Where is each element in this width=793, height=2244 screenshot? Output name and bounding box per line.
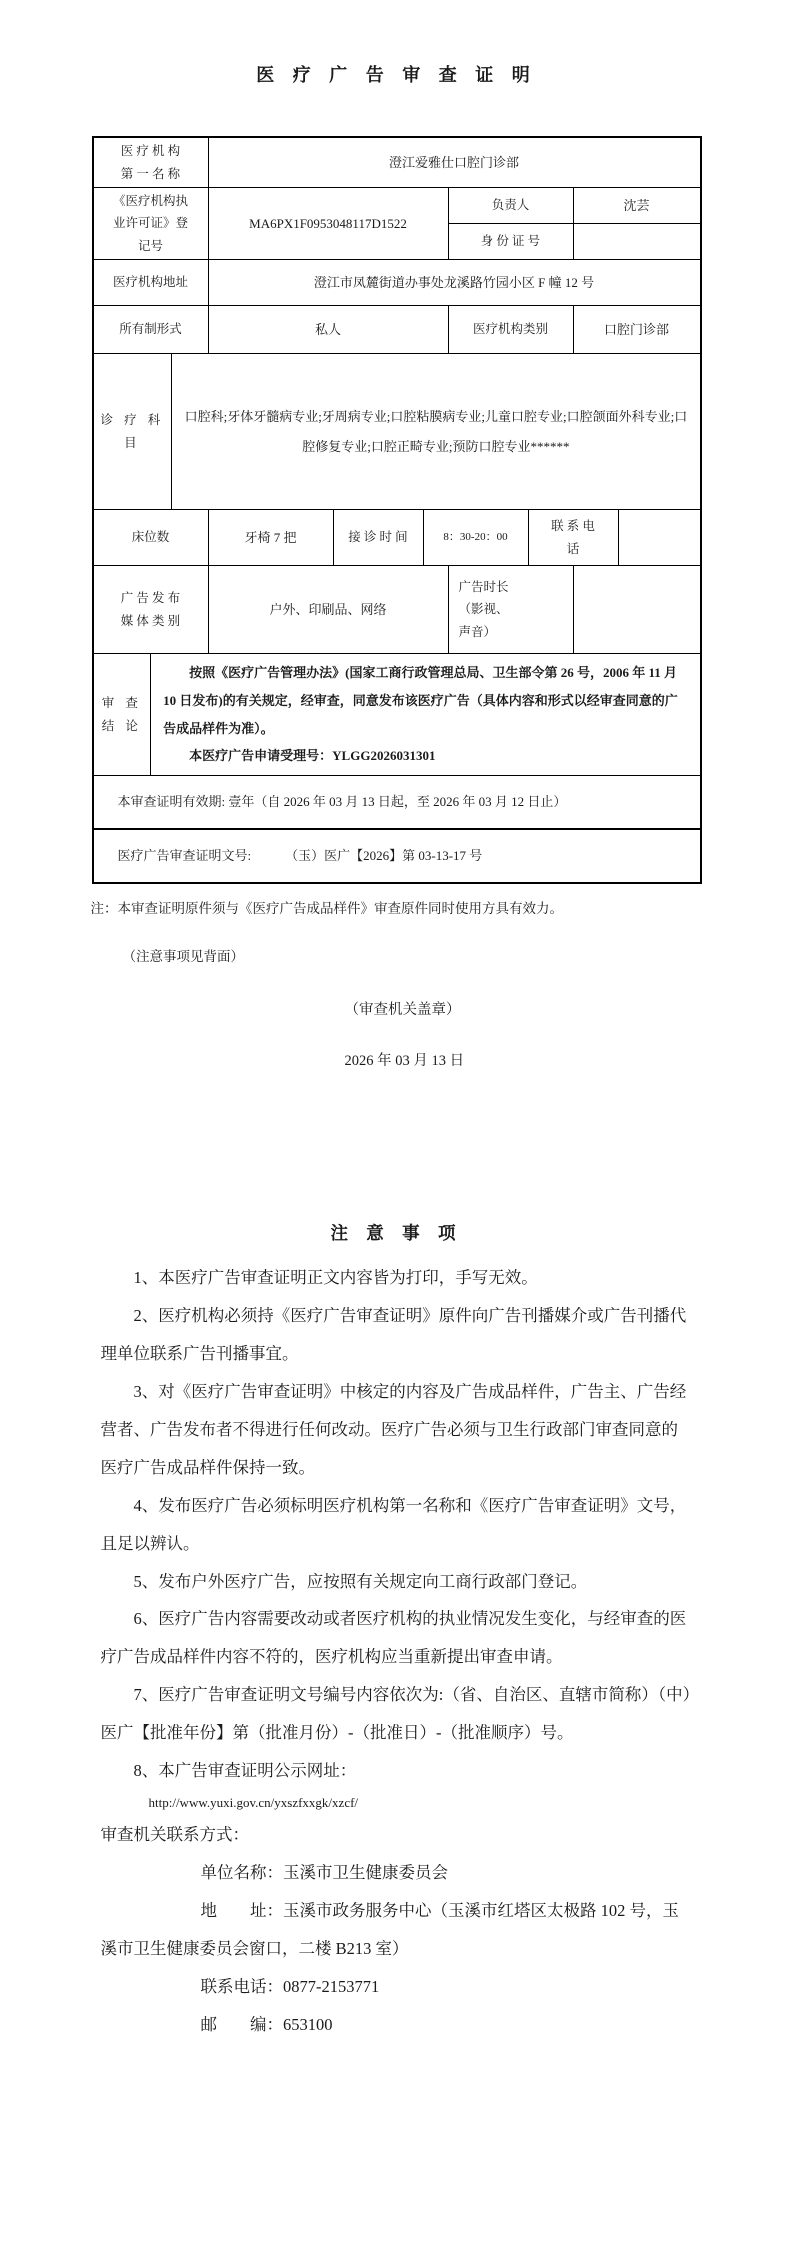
conclusion-text: 按照《医疗广告管理办法》(国家工商行政管理总局、卫生部令第 26 号，2006 … [163, 659, 687, 743]
row-media: 广 告 发 布 媒 体 类 别 户外、印刷品、网络 广告时长 （影视、 声音） [94, 566, 700, 654]
duration-label: 广告时长 （影视、 声音） [449, 566, 574, 653]
principal-value: 沈芸 [574, 188, 700, 223]
duration-value [574, 566, 700, 653]
category-value: 口腔门诊部 [574, 306, 700, 353]
row-license: 《医疗机构执 业许可证》登 记号 MA6PX1F0953048117D1522 … [94, 188, 700, 260]
subjects-label: 诊 疗 科 目 [94, 354, 173, 509]
address-value: 澄江市凤麓街道办事处龙溪路竹园小区 F 幢 12 号 [209, 260, 700, 305]
org-name-label: 医 疗 机 构 第 一 名 称 [94, 138, 209, 187]
notice-item-6: 6、医疗广告内容需要改动或者医疗机构的执业情况发生变化，与经审查的医疗广告成品样… [101, 1600, 693, 1676]
front-notes: 注：本审查证明原件须与《医疗广告成品样件》审查原件同时使用方具有效力。 （注意事… [77, 897, 717, 1070]
contact-heading: 审查机关联系方式： [101, 1816, 693, 1854]
doc-number-label: 医疗广告审查证明文号: [118, 844, 252, 867]
notice-item-1: 1、本医疗广告审查证明正文内容皆为打印，手写无效。 [101, 1259, 693, 1297]
row-org-name: 医 疗 机 构 第 一 名 称 澄江爱雅仕口腔门诊部 [94, 138, 700, 188]
media-label: 广 告 发 布 媒 体 类 别 [94, 566, 209, 653]
contact-unit: 单位名称：玉溪市卫生健康委员会 [101, 1854, 693, 1892]
row-id-number: 身 份 证 号 [449, 224, 700, 260]
contact-zip: 邮 编：653100 [101, 2006, 693, 2044]
id-number-label: 身 份 证 号 [449, 224, 574, 260]
contact-phone: 联系电话：0877-2153771 [101, 1968, 693, 2006]
validity-value: 本审查证明有效期: 壹年（自 2026 年 03 月 13 日起，至 2026 … [94, 776, 700, 828]
row-address: 医疗机构地址 澄江市凤麓街道办事处龙溪路竹园小区 F 幢 12 号 [94, 260, 700, 306]
original-use-note: 注：本审查证明原件须与《医疗广告成品样件》审查原件同时使用方具有效力。 [77, 897, 717, 917]
id-number-value [574, 224, 700, 260]
notice-body: 1、本医疗广告审查证明正文内容皆为打印，手写无效。 2、医疗机构必须持《医疗广告… [101, 1259, 693, 2044]
ownership-label: 所有制形式 [94, 306, 209, 353]
doc-number-cell: 医疗广告审查证明文号: （玉）医广【2026】第 03-13-17 号 [94, 830, 700, 882]
row-principal: 负责人 沈芸 [449, 188, 700, 224]
notice-title: 注 意 事 项 [0, 1220, 793, 1245]
conclusion-value: 按照《医疗广告管理办法》(国家工商行政管理总局、卫生部令第 26 号，2006 … [151, 654, 699, 775]
notice-item-4: 4、发布医疗广告必须标明医疗机构第一名称和《医疗广告审查证明》文号，且足以辨认。 [101, 1487, 693, 1563]
row-subjects: 诊 疗 科 目 口腔科;牙体牙髓病专业;牙周病专业;口腔粘膜病专业;儿童口腔专业… [94, 354, 700, 510]
certificate-page: 医 疗 广 告 审 查 证 明 医 疗 机 构 第 一 名 称 澄江爱雅仕口腔门… [0, 0, 793, 2244]
hours-label: 接 诊 时 间 [334, 510, 424, 565]
stamp-hint: （审查机关盖章） [77, 998, 717, 1019]
certificate-table: 医 疗 机 构 第 一 名 称 澄江爱雅仕口腔门诊部 《医疗机构执 业许可证》登… [92, 136, 702, 884]
row-validity: 本审查证明有效期: 壹年（自 2026 年 03 月 13 日起，至 2026 … [94, 776, 700, 830]
row-ownership: 所有制形式 私人 医疗机构类别 口腔门诊部 [94, 306, 700, 354]
principal-label: 负责人 [449, 188, 574, 223]
category-label: 医疗机构类别 [449, 306, 574, 353]
notice-item-5: 5、发布户外医疗广告，应按照有关规定向工商行政部门登记。 [101, 1563, 693, 1601]
publicity-url: http://www.yuxi.gov.cn/yxszfxxgk/xzcf/ [101, 1790, 693, 1816]
issue-date: 2026 年 03 月 13 日 [77, 1049, 717, 1070]
page-title: 医 疗 广 告 审 查 证 明 [0, 0, 793, 88]
notice-item-2: 2、医疗机构必须持《医疗广告审查证明》原件向广告刊播媒介或广告刊播代理单位联系广… [101, 1297, 693, 1373]
conclusion-label: 审 查 结 论 [94, 654, 152, 775]
media-value: 户外、印刷品、网络 [209, 566, 449, 653]
doc-number-value: （玉）医广【2026】第 03-13-17 号 [285, 844, 482, 867]
hours-value: 8：30-20：00 [424, 510, 529, 565]
contact-address: 地 址：玉溪市政务服务中心（玉溪市红塔区太极路 102 号，玉溪市卫生健康委员会… [101, 1892, 693, 1968]
beds-value: 牙椅 7 把 [209, 510, 334, 565]
notice-item-7: 7、医疗广告审查证明文号编号内容依次为:（省、自治区、直辖市简称）（中）医广【批… [101, 1676, 693, 1752]
notice-item-3: 3、对《医疗广告审查证明》中核定的内容及广告成品样件，广告主、广告经营者、广告发… [101, 1373, 693, 1487]
row-conclusion: 审 查 结 论 按照《医疗广告管理办法》(国家工商行政管理总局、卫生部令第 26… [94, 654, 700, 776]
row-doc-number: 医疗广告审查证明文号: （玉）医广【2026】第 03-13-17 号 [94, 830, 700, 882]
principal-id-group: 负责人 沈芸 身 份 证 号 [449, 188, 700, 259]
application-number: 本医疗广告申请受理号：YLGG2026031301 [163, 742, 687, 770]
row-beds: 床位数 牙椅 7 把 接 诊 时 间 8：30-20：00 联 系 电 话 [94, 510, 700, 566]
beds-label: 床位数 [94, 510, 209, 565]
notice-item-8: 8、本广告审查证明公示网址： [101, 1752, 693, 1790]
phone-label: 联 系 电 话 [529, 510, 619, 565]
ownership-value: 私人 [209, 306, 449, 353]
see-back-note: （注意事项见背面） [77, 945, 717, 965]
org-name-value: 澄江爱雅仕口腔门诊部 [209, 138, 700, 187]
license-no-value: MA6PX1F0953048117D1522 [209, 188, 449, 259]
phone-value [619, 510, 700, 565]
address-label: 医疗机构地址 [94, 260, 209, 305]
license-label: 《医疗机构执 业许可证》登 记号 [94, 188, 209, 259]
subjects-value: 口腔科;牙体牙髓病专业;牙周病专业;口腔粘膜病专业;儿童口腔专业;口腔颌面外科专… [172, 354, 699, 509]
